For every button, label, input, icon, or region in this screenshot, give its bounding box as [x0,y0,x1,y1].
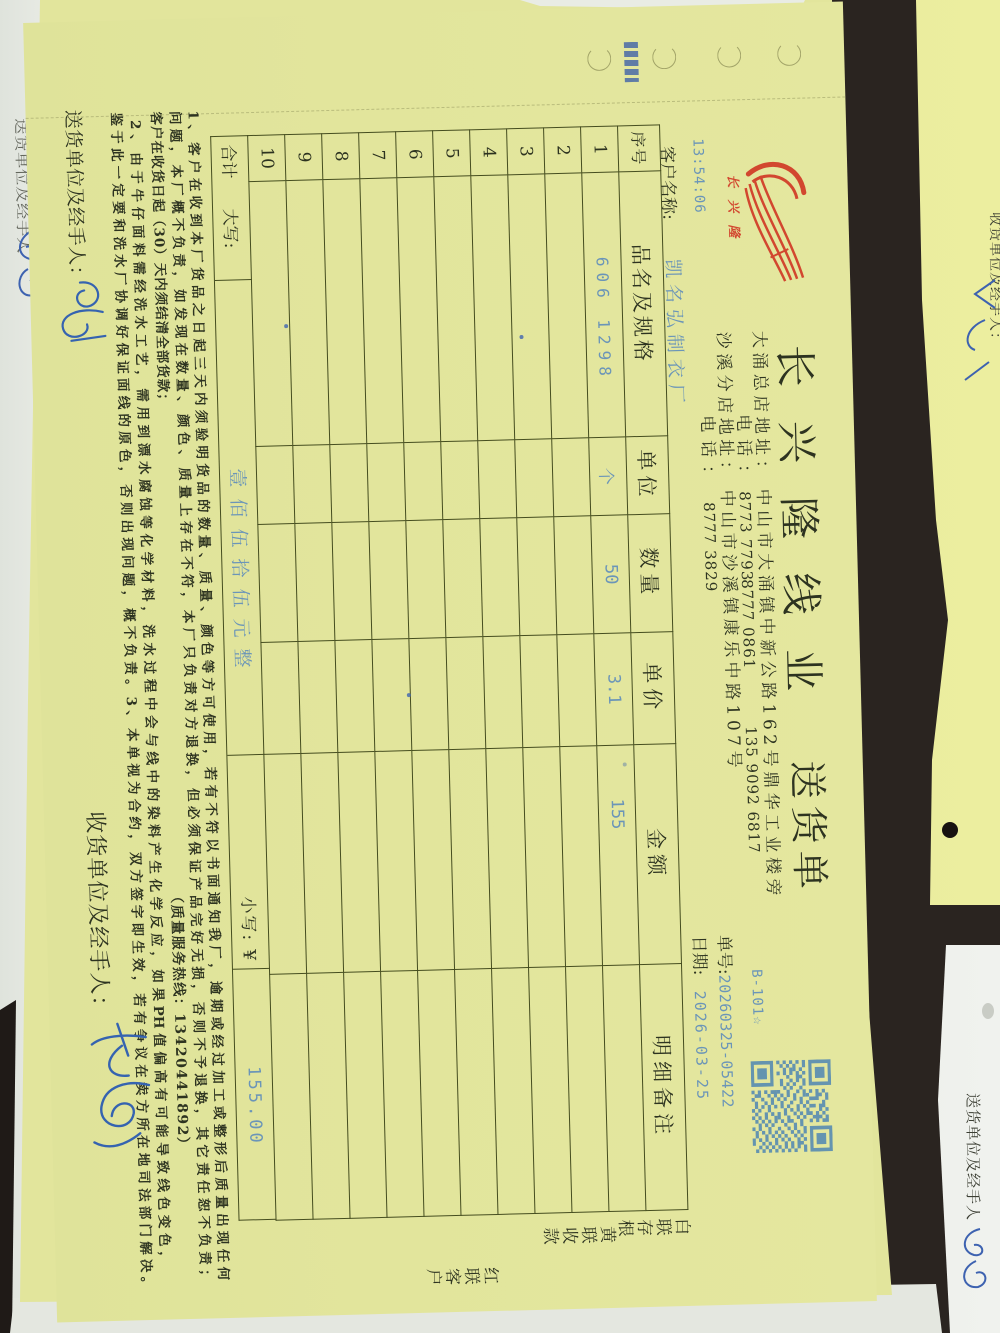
punch-hole-icon [982,1003,994,1019]
quantity [554,516,594,635]
tractor-feed-hole-icon [717,43,742,68]
item-spec [471,175,515,441]
document-type-title: 送货单 [785,760,833,896]
order-number-label: 单号: [713,935,734,975]
amount: 155 [597,745,640,966]
unit-price [557,634,597,747]
unit [552,438,591,517]
detail-note [307,972,350,1219]
quantity [480,518,520,637]
unit [404,442,443,521]
row-number: 3 [507,128,545,175]
item-spec [249,181,293,447]
unit [515,439,554,518]
ink-dot [407,693,411,697]
quantity [332,522,372,641]
unit-price [372,639,412,752]
item-spec [360,178,404,444]
tractor-feed-hole-icon [652,45,677,70]
punch-hole-icon [942,822,958,838]
header-detail-note: 明细备注 [639,964,687,1211]
item-spec [286,180,330,446]
date-value: 2026-03-25 [691,990,712,1101]
detail-note [270,973,313,1220]
amount [560,746,603,967]
quantity [406,520,446,639]
blue-print-mark [624,42,639,82]
item-spec [323,179,367,445]
unit [293,445,332,524]
detail-note [602,965,645,1212]
header-unit-price: 单价 [631,632,676,745]
amount [375,751,418,972]
header-amount: 金额 [634,744,682,965]
amount [523,747,566,968]
detail-note [418,969,461,1216]
right-paper-signature-scribble-icon [945,250,1000,390]
order-number: 单号:20260325-05422 [713,935,743,1109]
print-time: 13:54:06 [689,138,707,214]
unit-price: 3.1 [594,633,634,746]
company-name: 长兴隆线业 [772,344,826,725]
logo-text: 长兴隆 [724,174,745,249]
quantity [443,519,483,638]
row-number: 4 [470,129,508,176]
detail-note [566,966,609,1213]
quantity: 50 [591,515,631,634]
copy-label-white: 白联存根 [616,1214,692,1236]
unit [330,444,369,523]
unit-price [335,640,375,753]
unit [441,441,480,520]
item-spec [434,176,478,442]
date-label: 日期: [688,935,709,975]
unit [256,446,295,525]
head-office-phone-3: 135 9092 6817 [742,726,763,854]
detail-note [381,970,424,1217]
copy-label-red: 红联客户 [424,1263,500,1285]
header-quantity: 数量 [628,514,673,633]
row-number: 5 [433,130,471,177]
unit-price [409,638,449,751]
row-number: 9 [285,134,323,181]
quantity [369,521,409,640]
receiver-signature-label: 收货单位及经手人： [81,811,117,1019]
date: 日期: 2026-03-25 [688,935,717,1101]
unit [367,443,406,522]
row-number: 2 [544,127,582,174]
detail-note [344,971,387,1218]
row-number: 7 [359,132,397,179]
unit-price [261,641,301,754]
item-spec: 606 1298 [582,172,626,438]
sender-signature-label: 送货单位及经手人： [60,109,92,285]
quantity [258,524,298,643]
head-office-phone-2: 8777 0861 [738,579,758,670]
amount-in-words-label: 大写: [219,208,245,248]
order-number-value: 20260325-05422 [715,974,736,1108]
row-number: 6 [396,131,434,178]
unit: 个 [589,437,628,516]
branch-phone-1: 8777 3829 [700,502,720,593]
company-logo-icon [742,152,811,284]
item-spec [508,174,552,440]
ink-dot [623,762,627,766]
copy-label-yellow: 黄联收款 [541,1222,617,1244]
amount-in-figures-value: 155.00 [233,969,277,1220]
form-code: B-101☆ [748,969,765,1026]
row-number: 10 [248,135,286,182]
quantity [517,517,557,636]
amount [412,750,455,971]
head-office-phone-1: 8773 7793 [736,491,756,582]
sender-signature-scribble-icon [52,276,112,352]
detail-note [455,969,498,1216]
quantity [295,523,335,642]
total-label: 合计 [217,144,243,179]
amount [264,753,307,974]
ink-dot [519,335,523,339]
right-bottom-paper-signature-label: 送货单位及经手人 [963,1093,984,1221]
header-seq: 序号 [618,125,661,172]
amount-in-figures-label: 小写: ¥ [227,755,270,970]
header-item-spec: 品名及规格 [619,171,668,437]
tractor-feed-hole-icon [777,42,802,67]
unit-price [483,636,523,749]
amount [301,752,344,973]
row-number: 1 [581,126,619,173]
amount [338,751,381,972]
delivery-note: 长兴隆 长兴隆线业 送货单 大涌总店地址：中山市大涌镇中新公路162号鼎华工业楼… [23,1,877,1322]
amount [486,748,529,969]
item-spec [545,173,589,439]
receiver-signature-scribble-icon [85,1015,161,1167]
item-spec [397,177,441,443]
total-label-cell: 合计 大写: [211,136,252,281]
unit-price [446,637,486,750]
right-bottom-paper-signature-scribble-icon [940,1225,1000,1300]
amount [449,749,492,970]
qr-code-icon [751,1059,833,1153]
unit-price [520,635,560,748]
detail-note [529,967,572,1214]
detail-note [492,968,535,1215]
header-unit: 单位 [626,436,670,515]
row-number: 8 [322,133,360,180]
unit [478,440,517,519]
tractor-feed-hole-icon [587,47,612,72]
unit-price [298,641,338,754]
items-table: 序号 品名及规格 单位 数量 单价 金额 明细备注 1 606 1298 个 5… [247,124,688,1220]
